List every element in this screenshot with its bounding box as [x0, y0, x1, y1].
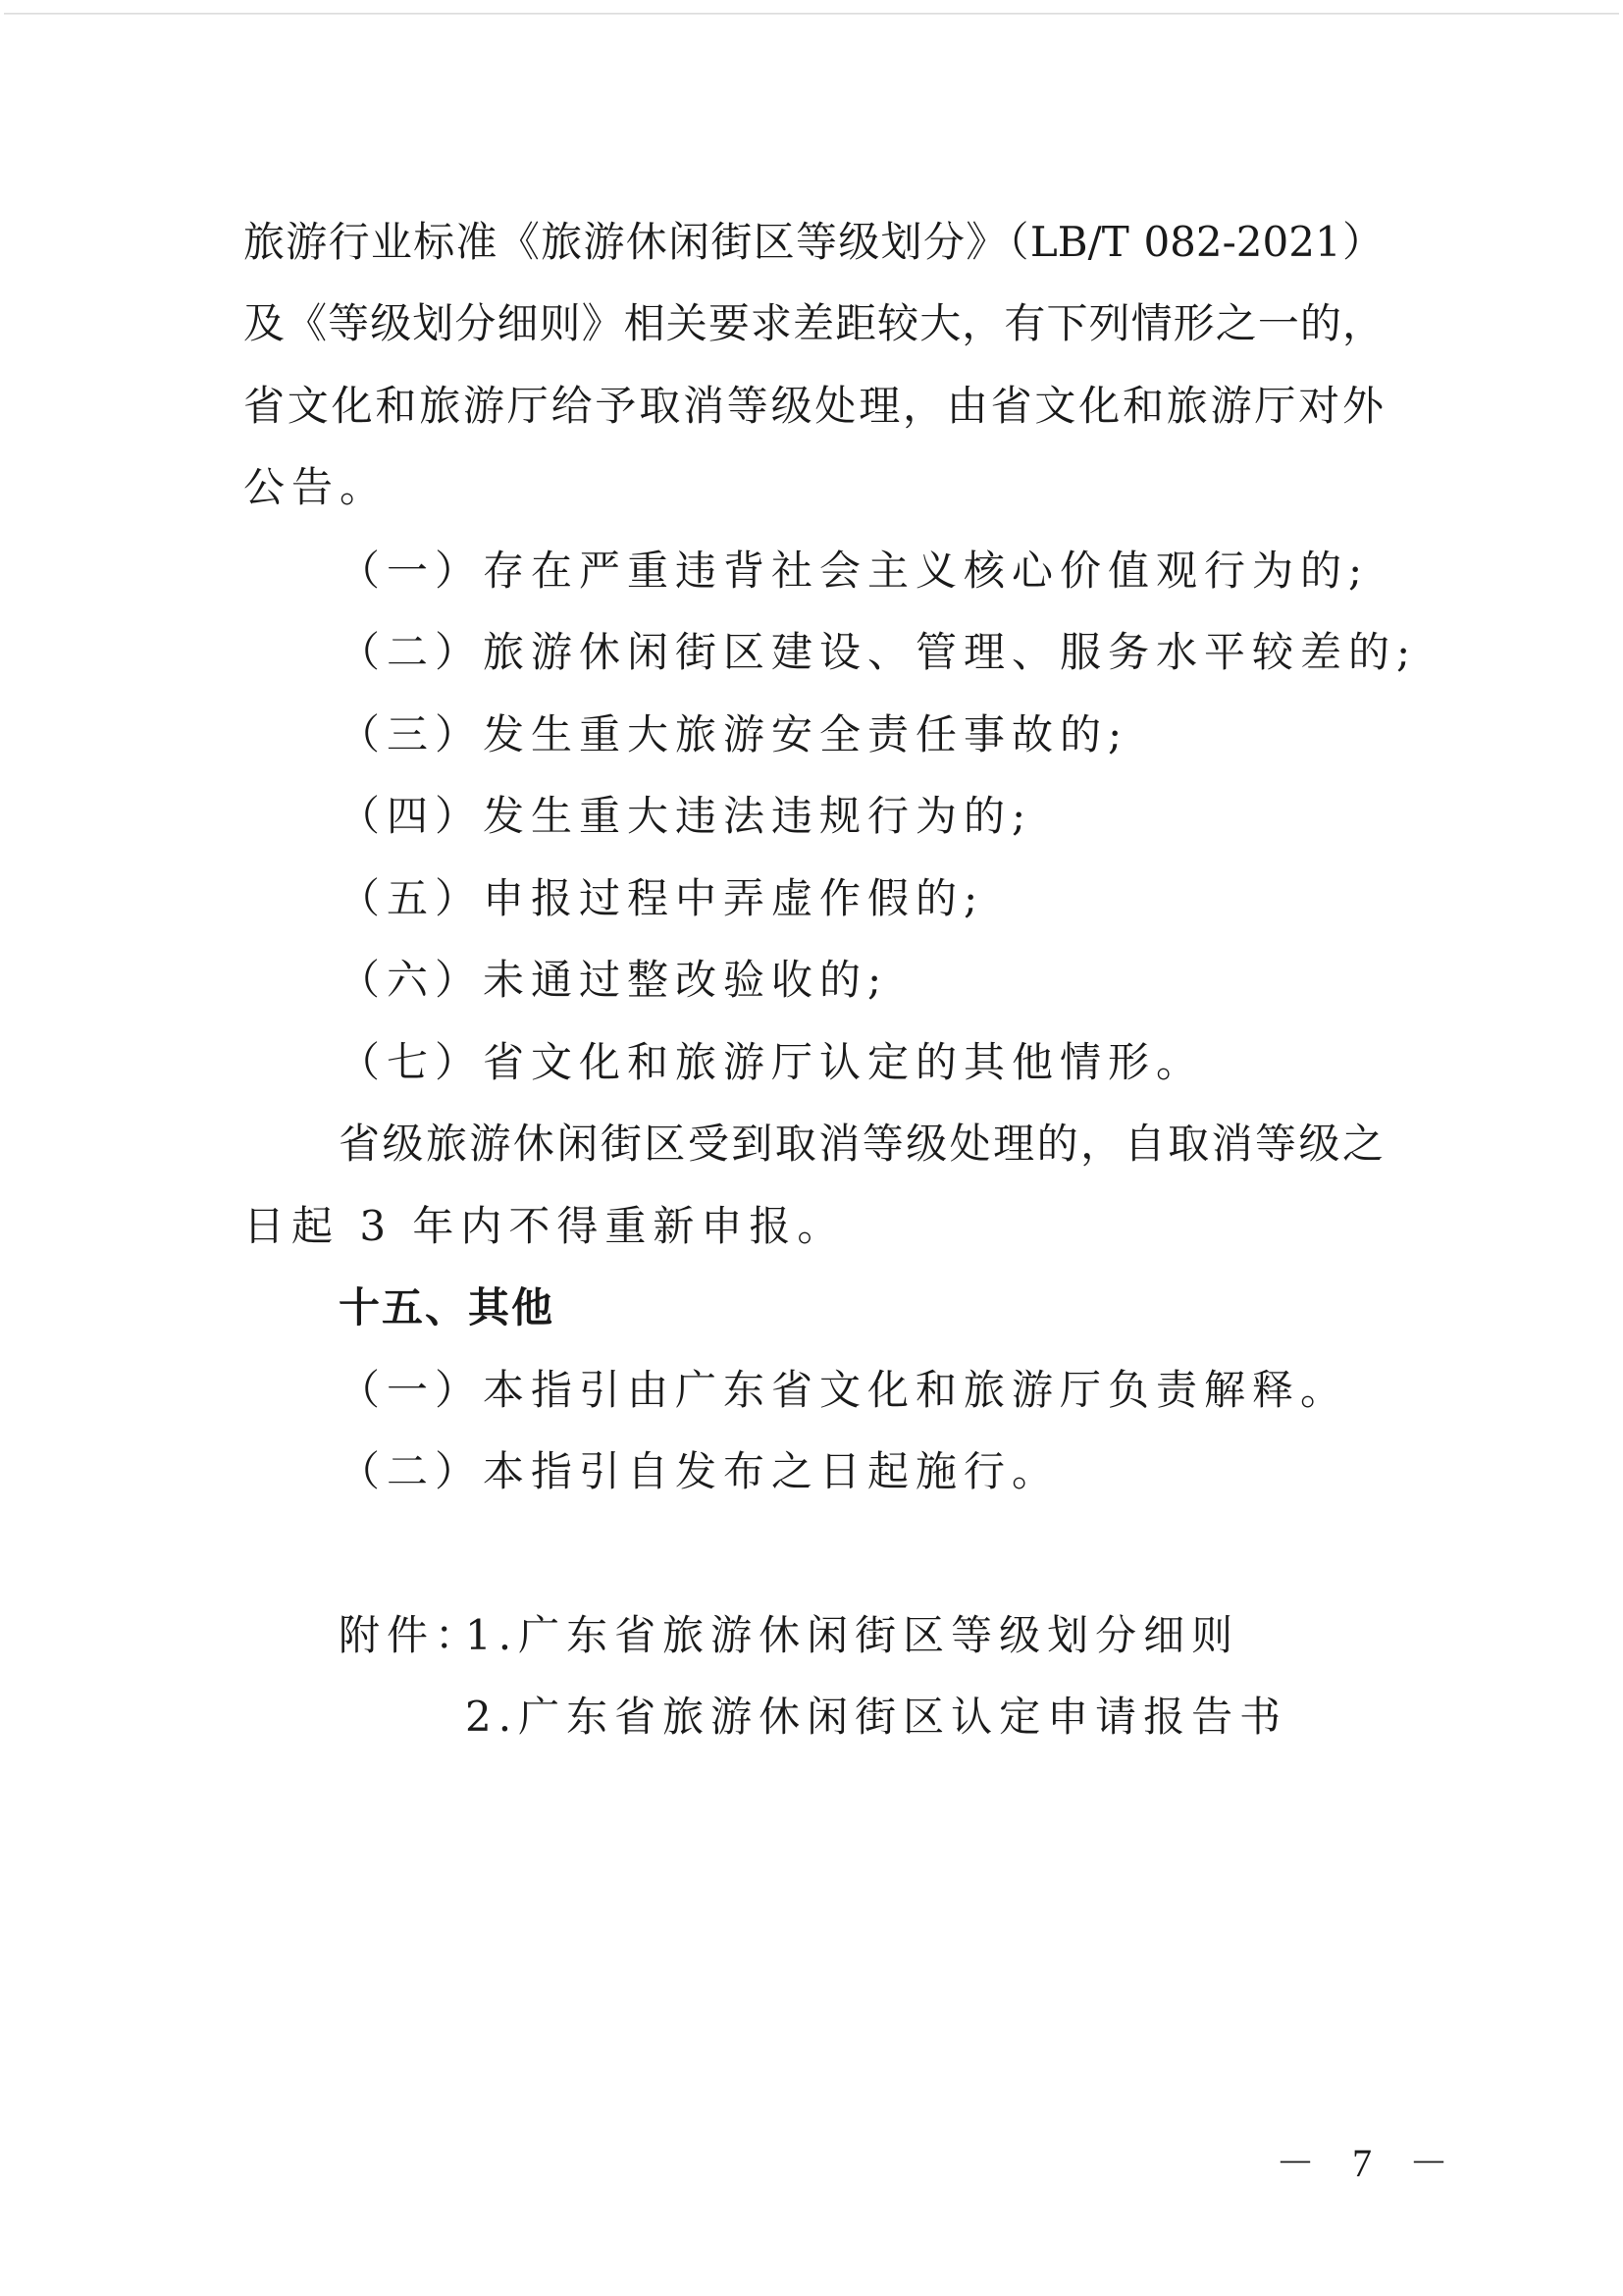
- attachment-item-2: 2.广东省旅游休闲街区认定申请报告书: [465, 1690, 1287, 1745]
- list-item: （一）存在严重违背社会主义核心价值观行为的;: [339, 544, 1369, 599]
- list-item: （二）旅游休闲街区建设、管理、服务水平较差的;: [339, 625, 1417, 680]
- list-item: （一）本指引由广东省文化和旅游厅负责解释。: [339, 1363, 1348, 1418]
- page-top-rule: [4, 13, 1619, 15]
- reapply-line-1: 省级旅游休闲街区受到取消等级处理的，自取消等级之: [339, 1117, 1384, 1172]
- intro-line-2: 及《等级划分细则》相关要求差距较大，有下列情形之一的，: [243, 296, 1384, 351]
- list-item: （三）发生重大旅游安全责任事故的;: [339, 707, 1128, 762]
- list-item: （五）申报过程中弄虚作假的;: [339, 871, 984, 926]
- intro-line-4: 公告。: [243, 460, 388, 515]
- page-number: － 7 －: [1276, 2139, 1462, 2188]
- list-item: （六）未通过整改验收的;: [339, 953, 888, 1008]
- intro-line-1: 旅游行业标准《旅游休闲街区等级划分》（LB/T 082-2021）: [243, 215, 1384, 270]
- list-item: （七）省文化和旅游厅认定的其他情形。: [339, 1035, 1204, 1090]
- attachments-label: 附件：: [339, 1608, 483, 1663]
- attachment-item-1: 1.广东省旅游休闲街区等级划分细则: [465, 1608, 1239, 1663]
- list-item: （四）发生重大违法违规行为的;: [339, 789, 1032, 844]
- reapply-line-2: 日起 3 年内不得重新申报。: [243, 1199, 845, 1254]
- section-heading: 十五、其他: [339, 1280, 554, 1335]
- intro-line-3: 省文化和旅游厅给予取消等级处理，由省文化和旅游厅对外: [243, 379, 1384, 434]
- list-item: （二）本指引自发布之日起施行。: [339, 1444, 1060, 1499]
